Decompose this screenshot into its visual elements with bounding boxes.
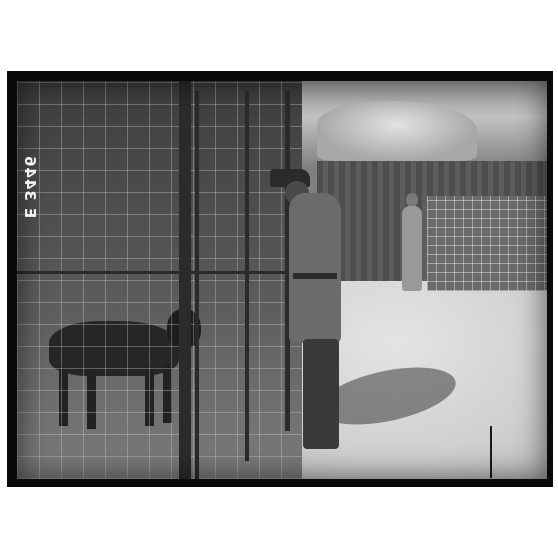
background-cage xyxy=(427,196,547,291)
officer-belt xyxy=(293,273,337,279)
cage-post xyxy=(195,91,199,479)
stake xyxy=(490,426,492,478)
plate-number: E 3446 xyxy=(21,155,39,218)
background-soldier xyxy=(402,206,422,291)
photo-plate-frame: E 3446 xyxy=(7,71,553,487)
background-soldier-head xyxy=(406,193,418,207)
rock-outcrop xyxy=(317,101,477,161)
dog-cage xyxy=(17,81,302,479)
photograph xyxy=(17,81,547,479)
officer-boots xyxy=(303,339,339,449)
officer-tunic xyxy=(289,193,341,343)
wire-mesh xyxy=(17,81,302,479)
cage-post xyxy=(245,91,249,461)
cage-post xyxy=(179,81,191,479)
cage-rail xyxy=(17,271,302,274)
